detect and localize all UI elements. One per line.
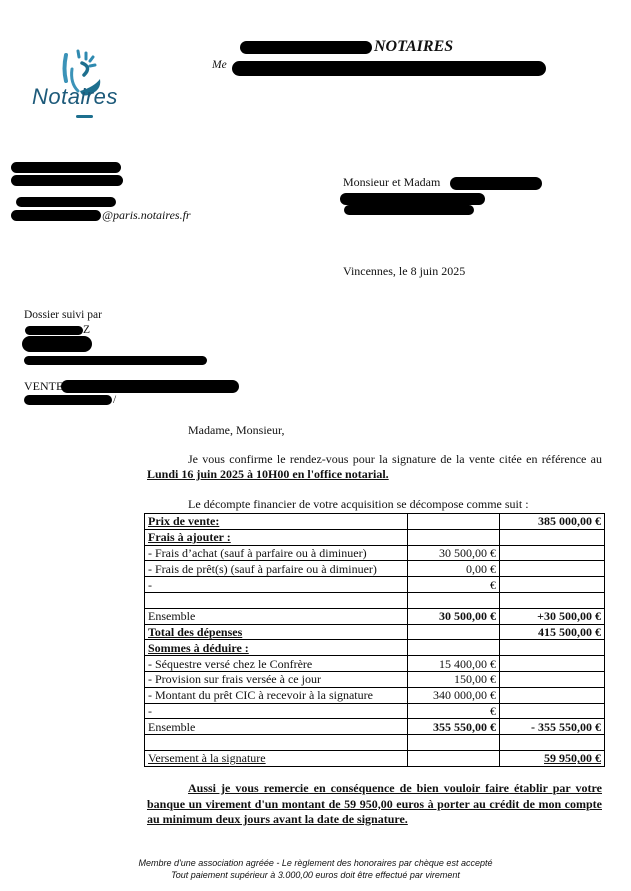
- redacted-firm-name: [240, 41, 372, 54]
- table-cell-total: [500, 640, 605, 656]
- closing-paragraph: Aussi je vous remercie en conséquence de…: [147, 781, 602, 828]
- table-cell-amount: [408, 514, 500, 530]
- table-cell-total: [500, 592, 605, 608]
- table-cell-label: Sommes à déduire :: [145, 640, 408, 656]
- table-cell-label: [145, 735, 408, 751]
- table-cell-amount: [408, 750, 500, 766]
- dossier-initial: Z: [83, 324, 90, 336]
- table-cell-amount: 30 500,00 €: [408, 545, 500, 561]
- vente-ref-suffix: /: [113, 394, 116, 406]
- table-cell-amount: 150,00 €: [408, 671, 500, 687]
- vente-label: VENTE: [24, 379, 63, 394]
- table-row: [145, 592, 605, 608]
- table-row: Versement à la signature59 950,00 €: [145, 750, 605, 766]
- table-cell-amount: [408, 624, 500, 640]
- table-cell-label: - Frais d’achat (sauf à parfaire ou à di…: [145, 545, 408, 561]
- table-cell-label: Ensemble: [145, 719, 408, 735]
- footer-line-2: Tout paiement supérieur à 3.000,00 euros…: [0, 869, 631, 881]
- redacted-sender-line-1: [11, 162, 121, 173]
- firm-title-suffix: NOTAIRES: [374, 38, 453, 55]
- table-cell-label: Frais à ajouter :: [145, 529, 408, 545]
- table-cell-total: [500, 656, 605, 672]
- notary-prefix: Me: [212, 59, 227, 71]
- sender-email: @paris.notaires.fr: [12, 208, 191, 223]
- recipient-name: Monsieur et Madam: [343, 175, 440, 190]
- table-row: [145, 735, 605, 751]
- table-cell-amount: [408, 592, 500, 608]
- redacted-recipient-address-1: [340, 193, 485, 205]
- table-cell-total: 385 000,00 €: [500, 514, 605, 530]
- table-cell-amount: [408, 735, 500, 751]
- redacted-sender-line-2: [11, 175, 123, 186]
- table-row: - Frais de prêt(s) (sauf à parfaire ou à…: [145, 561, 605, 577]
- table-row: - Séquestre versé chez le Confrère15 400…: [145, 656, 605, 672]
- table-cell-total: [500, 545, 605, 561]
- redacted-recipient-address-2: [344, 205, 474, 215]
- table-cell-total: [500, 735, 605, 751]
- table-cell-amount: 15 400,00 €: [408, 656, 500, 672]
- redacted-dossier-email: [24, 356, 207, 365]
- redacted-vente-ref: [24, 395, 112, 405]
- redacted-recipient-name: [450, 177, 542, 190]
- dossier-label: Dossier suivi par: [24, 309, 102, 321]
- table-row: - Montant du prêt CIC à recevoir à la si…: [145, 687, 605, 703]
- table-cell-amount: [408, 640, 500, 656]
- table-row: Sommes à déduire :: [145, 640, 605, 656]
- table-cell-amount: [408, 529, 500, 545]
- table-cell-total: [500, 703, 605, 719]
- table-cell-label: Prix de vente:: [145, 514, 408, 530]
- table-row: -€: [145, 703, 605, 719]
- table-cell-label: - Séquestre versé chez le Confrère: [145, 656, 408, 672]
- logo-underline: [76, 115, 93, 118]
- table-cell-label: [145, 592, 408, 608]
- table-cell-total: +30 500,00 €: [500, 608, 605, 624]
- redacted-dossier-agent: [25, 326, 83, 335]
- table-cell-label: Ensemble: [145, 608, 408, 624]
- table-cell-label: - Frais de prêt(s) (sauf à parfaire ou à…: [145, 561, 408, 577]
- redacted-vente-parties: [61, 380, 239, 393]
- table-cell-amount: 0,00 €: [408, 561, 500, 577]
- footer: Membre d'une association agréée - Le règ…: [0, 857, 631, 881]
- table-cell-label: Versement à la signature: [145, 750, 408, 766]
- letter-date: Vincennes, le 8 juin 2025: [343, 264, 465, 279]
- table-cell-total: 415 500,00 €: [500, 624, 605, 640]
- financial-breakdown-table: Prix de vente:385 000,00 €Frais à ajoute…: [144, 513, 605, 767]
- greeting: Madame, Monsieur,: [188, 423, 285, 438]
- table-row: Ensemble30 500,00 €+30 500,00 €: [145, 608, 605, 624]
- table-cell-total: 59 950,00 €: [500, 750, 605, 766]
- table-row: Total des dépenses415 500,00 €: [145, 624, 605, 640]
- table-row: Prix de vente:385 000,00 €: [145, 514, 605, 530]
- table-cell-label: -: [145, 577, 408, 593]
- footer-line-1: Membre d'une association agréée - Le règ…: [0, 857, 631, 869]
- logo-text: Notaires: [32, 84, 118, 110]
- redacted-dossier-phone: [22, 336, 92, 352]
- table-row: Frais à ajouter :: [145, 529, 605, 545]
- table-cell-total: [500, 671, 605, 687]
- redacted-sender-line-3: [16, 197, 116, 207]
- table-row: Ensemble355 550,00 €- 355 550,00 €: [145, 719, 605, 735]
- table-cell-label: - Provision sur frais versée à ce jour: [145, 671, 408, 687]
- confirmation-paragraph: Je vous confirme le rendez-vous pour la …: [147, 452, 602, 482]
- table-cell-amount: 340 000,00 €: [408, 687, 500, 703]
- table-row: - Frais d’achat (sauf à parfaire ou à di…: [145, 545, 605, 561]
- appointment-datetime: Lundi 16 juin 2025 à 10H00 en l'office n…: [147, 467, 389, 481]
- table-cell-label: - Montant du prêt CIC à recevoir à la si…: [145, 687, 408, 703]
- redacted-notary-names: [232, 61, 546, 76]
- table-cell-amount: €: [408, 703, 500, 719]
- table-cell-total: - 355 550,00 €: [500, 719, 605, 735]
- table-cell-total: [500, 561, 605, 577]
- table-cell-total: [500, 577, 605, 593]
- table-cell-amount: 30 500,00 €: [408, 608, 500, 624]
- confirmation-text: Je vous confirme le rendez-vous pour la …: [188, 452, 602, 466]
- table-cell-amount: 355 550,00 €: [408, 719, 500, 735]
- table-cell-total: [500, 687, 605, 703]
- table-cell-total: [500, 529, 605, 545]
- table-row: - Provision sur frais versée à ce jour15…: [145, 671, 605, 687]
- table-cell-amount: €: [408, 577, 500, 593]
- table-row: -€: [145, 577, 605, 593]
- table-cell-label: -: [145, 703, 408, 719]
- table-cell-label: Total des dépenses: [145, 624, 408, 640]
- decompte-intro: Le décompte financier de votre acquisiti…: [188, 497, 529, 512]
